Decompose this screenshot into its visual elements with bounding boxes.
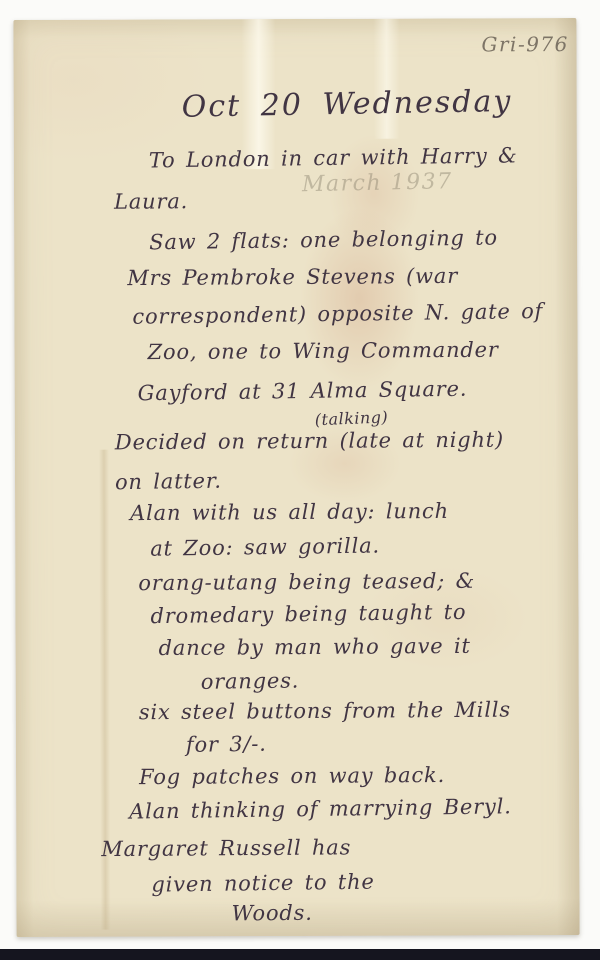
manuscript-line: To London in car with Harry & — [149, 143, 518, 172]
manuscript-line: Laura. — [114, 189, 188, 214]
entry-title: Oct 20 Wednesday — [181, 84, 512, 125]
archive-code: Gri-976 — [481, 32, 568, 56]
manuscript-page: Gri-976 Oct 20 Wednesday March 1937 To L… — [13, 18, 579, 937]
manuscript-line: Decided on return (late at night) — [115, 428, 504, 455]
manuscript-line: Mrs Pembroke Stevens (war — [127, 264, 458, 290]
manuscript-line: Margaret Russell has — [101, 835, 351, 861]
manuscript-line: oranges. — [201, 668, 300, 693]
manuscript-line: dance by man who gave it — [159, 634, 471, 660]
scan-edge-strip — [0, 949, 600, 960]
manuscript-line: six steel buttons from the Mills — [139, 698, 511, 725]
manuscript-line: Saw 2 flats: one belonging to — [149, 225, 498, 254]
insertion-note: (talking) — [314, 407, 388, 429]
manuscript-scan: Gri-976 Oct 20 Wednesday March 1937 To L… — [0, 0, 600, 960]
manuscript-line: Alan thinking of marrying Beryl. — [129, 794, 512, 823]
manuscript-line: at Zoo: saw gorilla. — [150, 534, 380, 561]
manuscript-line: on latter. — [115, 469, 222, 494]
manuscript-line: correspondent) opposite N. gate of — [132, 299, 543, 329]
manuscript-line: Fog patches on way back. — [139, 763, 445, 789]
manuscript-line: orang-utang being teased; & — [138, 569, 475, 595]
manuscript-line: Alan with us all day: lunch — [130, 499, 449, 525]
manuscript-line: Woods. — [231, 901, 312, 926]
manuscript-line: Zoo, one to Wing Commander — [147, 338, 498, 364]
manuscript-line: for 3/-. — [186, 732, 267, 757]
manuscript-line: given notice to the — [151, 870, 375, 897]
manuscript-line: Gayford at 31 Alma Square. — [138, 377, 468, 406]
manuscript-line: dromedary being taught to — [150, 600, 466, 628]
date-pencil-note: March 1937 — [302, 169, 453, 197]
